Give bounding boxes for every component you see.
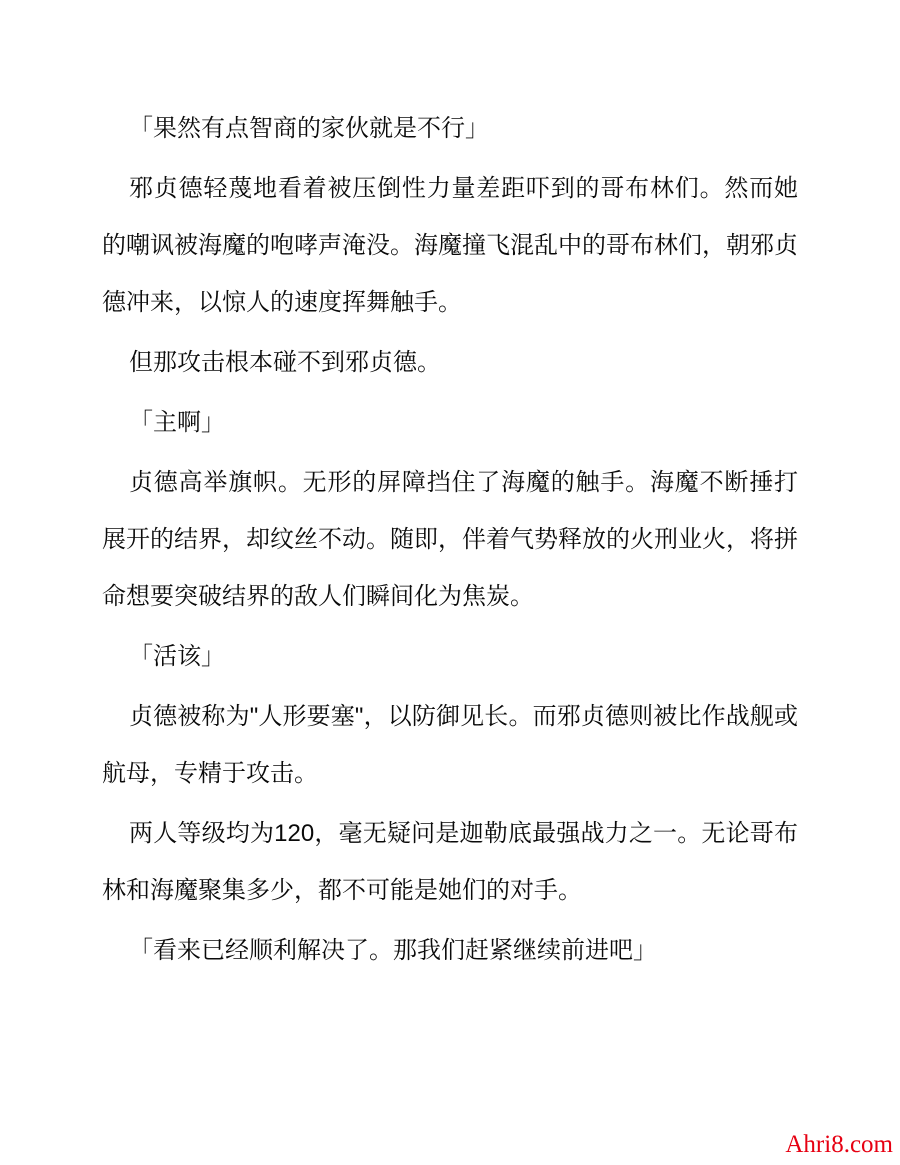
novel-page: 「果然有点智商的家伙就是不行」 邪贞德轻蔑地看着被压倒性力量差距吓到的哥布林们。…	[0, 0, 900, 1165]
paragraph-dialogue: 「主啊」	[102, 394, 798, 451]
novel-text-body: 「果然有点智商的家伙就是不行」 邪贞德轻蔑地看着被压倒性力量差距吓到的哥布林们。…	[102, 100, 798, 982]
paragraph-narration: 贞德被称为"人形要塞"，以防御见长。而邪贞德则被比作战舰或航母，专精于攻击。	[102, 688, 798, 802]
paragraph-dialogue: 「果然有点智商的家伙就是不行」	[102, 100, 798, 157]
paragraph-narration: 但那攻击根本碰不到邪贞德。	[102, 334, 798, 391]
paragraph-narration: 两人等级均为120，毫无疑问是迦勒底最强战力之一。无论哥布林和海魔聚集多少，都不…	[102, 805, 798, 919]
site-watermark: Ahri8.com	[785, 1131, 893, 1159]
paragraph-narration: 邪贞德轻蔑地看着被压倒性力量差距吓到的哥布林们。然而她的嘲讽被海魔的咆哮声淹没。…	[102, 160, 798, 331]
paragraph-dialogue: 「活该」	[102, 628, 798, 685]
paragraph-dialogue: 「看来已经顺利解决了。那我们赶紧继续前进吧」	[102, 922, 798, 979]
paragraph-narration: 贞德高举旗帜。无形的屏障挡住了海魔的触手。海魔不断捶打展开的结界，却纹丝不动。随…	[102, 454, 798, 625]
